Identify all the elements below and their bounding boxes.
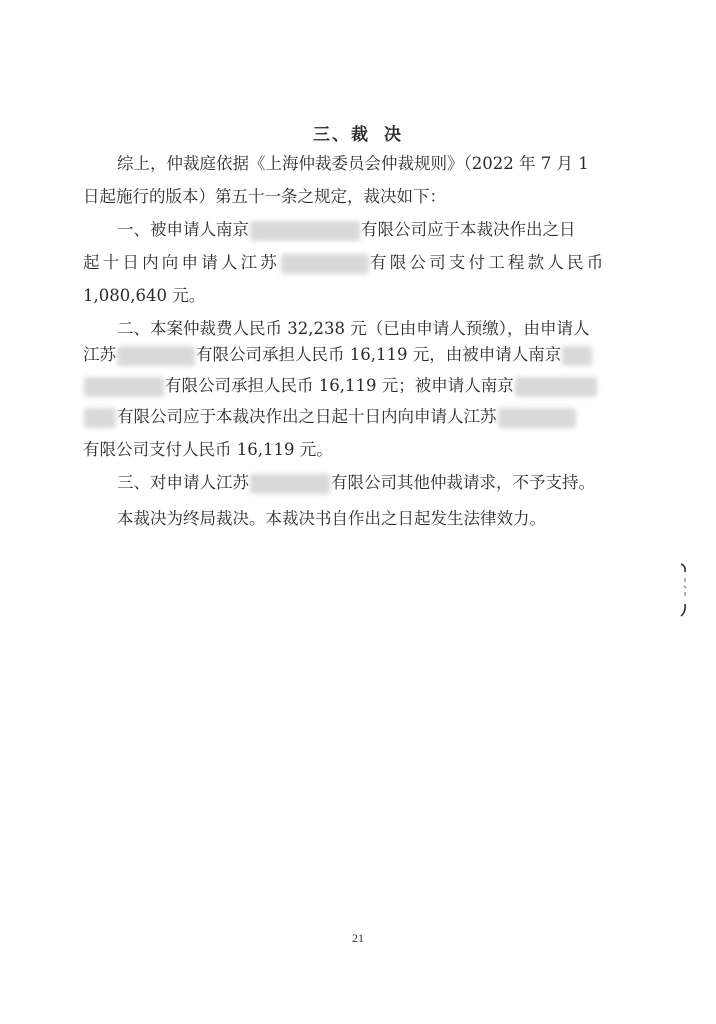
- ruling-1-line-1: 一、被申请人南京有限公司应于本裁决作出之日: [83, 219, 657, 241]
- redacted-company-name: [498, 408, 576, 428]
- ruling-2-line-5: 有限公司支付人民币 16,119 元。: [83, 439, 623, 461]
- redacted-company-name: [117, 346, 195, 366]
- ruling-3-text-b: 有限公司其他仲裁请求，不予支持。: [331, 473, 595, 492]
- final-statement: 本裁决为终局裁决。本裁决书自作出之日起发生法律效力。: [83, 508, 657, 530]
- redacted-company-name: [250, 474, 330, 494]
- ruling-1-line-3: 1,080,640 元。: [83, 285, 623, 307]
- section-title: 三、裁决: [0, 120, 716, 145]
- ruling-2-text-c: 有限公司承担人民币 16,119 元；被申请人南京: [165, 376, 514, 395]
- ruling-3-line-1: 三、对申请人江苏有限公司其他仲裁请求，不予支持。: [83, 472, 657, 494]
- redacted-company-name: [515, 377, 597, 397]
- title-part-2: 决: [384, 125, 403, 145]
- ruling-2-text-d: 有限公司应于本裁决作出之日起十日内向申请人江苏: [117, 407, 497, 426]
- ruling-2-line-4: 有限公司应于本裁决作出之日起十日内向申请人江苏: [83, 406, 623, 428]
- ruling-1-text-d: 有限公司支付工程款人民币: [370, 253, 606, 272]
- ruling-1-text-a: 一、被申请人南京: [117, 220, 249, 239]
- ruling-2-text-a: 江苏: [83, 345, 116, 364]
- ruling-2-line-1: 二、本案仲裁费人民币 32,238 元（已由申请人预缴），由申请人: [83, 318, 657, 340]
- redacted-company-name: [281, 254, 369, 274]
- redacted-company-name: [562, 346, 592, 366]
- binding-seal-mark-icon: [678, 560, 692, 620]
- paragraph-intro-line-1: 综上，仲裁庭依据《上海仲裁委员会仲裁规则》（2022 年 7 月 1: [83, 153, 657, 175]
- redacted-company-name: [84, 377, 164, 397]
- ruling-3-text-a: 三、对申请人江苏: [117, 473, 249, 492]
- ruling-1-text-b: 有限公司应于本裁决作出之日: [361, 220, 576, 239]
- ruling-1-line-2: 起十日内向申请人江苏有限公司支付工程款人民币: [83, 252, 623, 274]
- ruling-2-text-b: 有限公司承担人民币 16,119 元，由被申请人南京: [196, 345, 561, 364]
- page-number: 21: [0, 931, 716, 946]
- ruling-1-text-c: 起十日内向申请人江苏: [83, 253, 280, 272]
- redacted-company-name: [84, 408, 116, 428]
- redacted-company-name: [250, 221, 360, 241]
- ruling-2-line-2: 江苏有限公司承担人民币 16,119 元，由被申请人南京: [83, 344, 623, 366]
- ruling-2-line-3: 有限公司承担人民币 16,119 元；被申请人南京: [83, 375, 623, 397]
- title-part-1: 三、裁: [313, 125, 370, 145]
- document-page: 三、裁决 综上，仲裁庭依据《上海仲裁委员会仲裁规则》（2022 年 7 月 1 …: [0, 0, 716, 1024]
- paragraph-intro-line-2: 日起施行的版本）第五十一条之规定，裁决如下：: [83, 186, 623, 208]
